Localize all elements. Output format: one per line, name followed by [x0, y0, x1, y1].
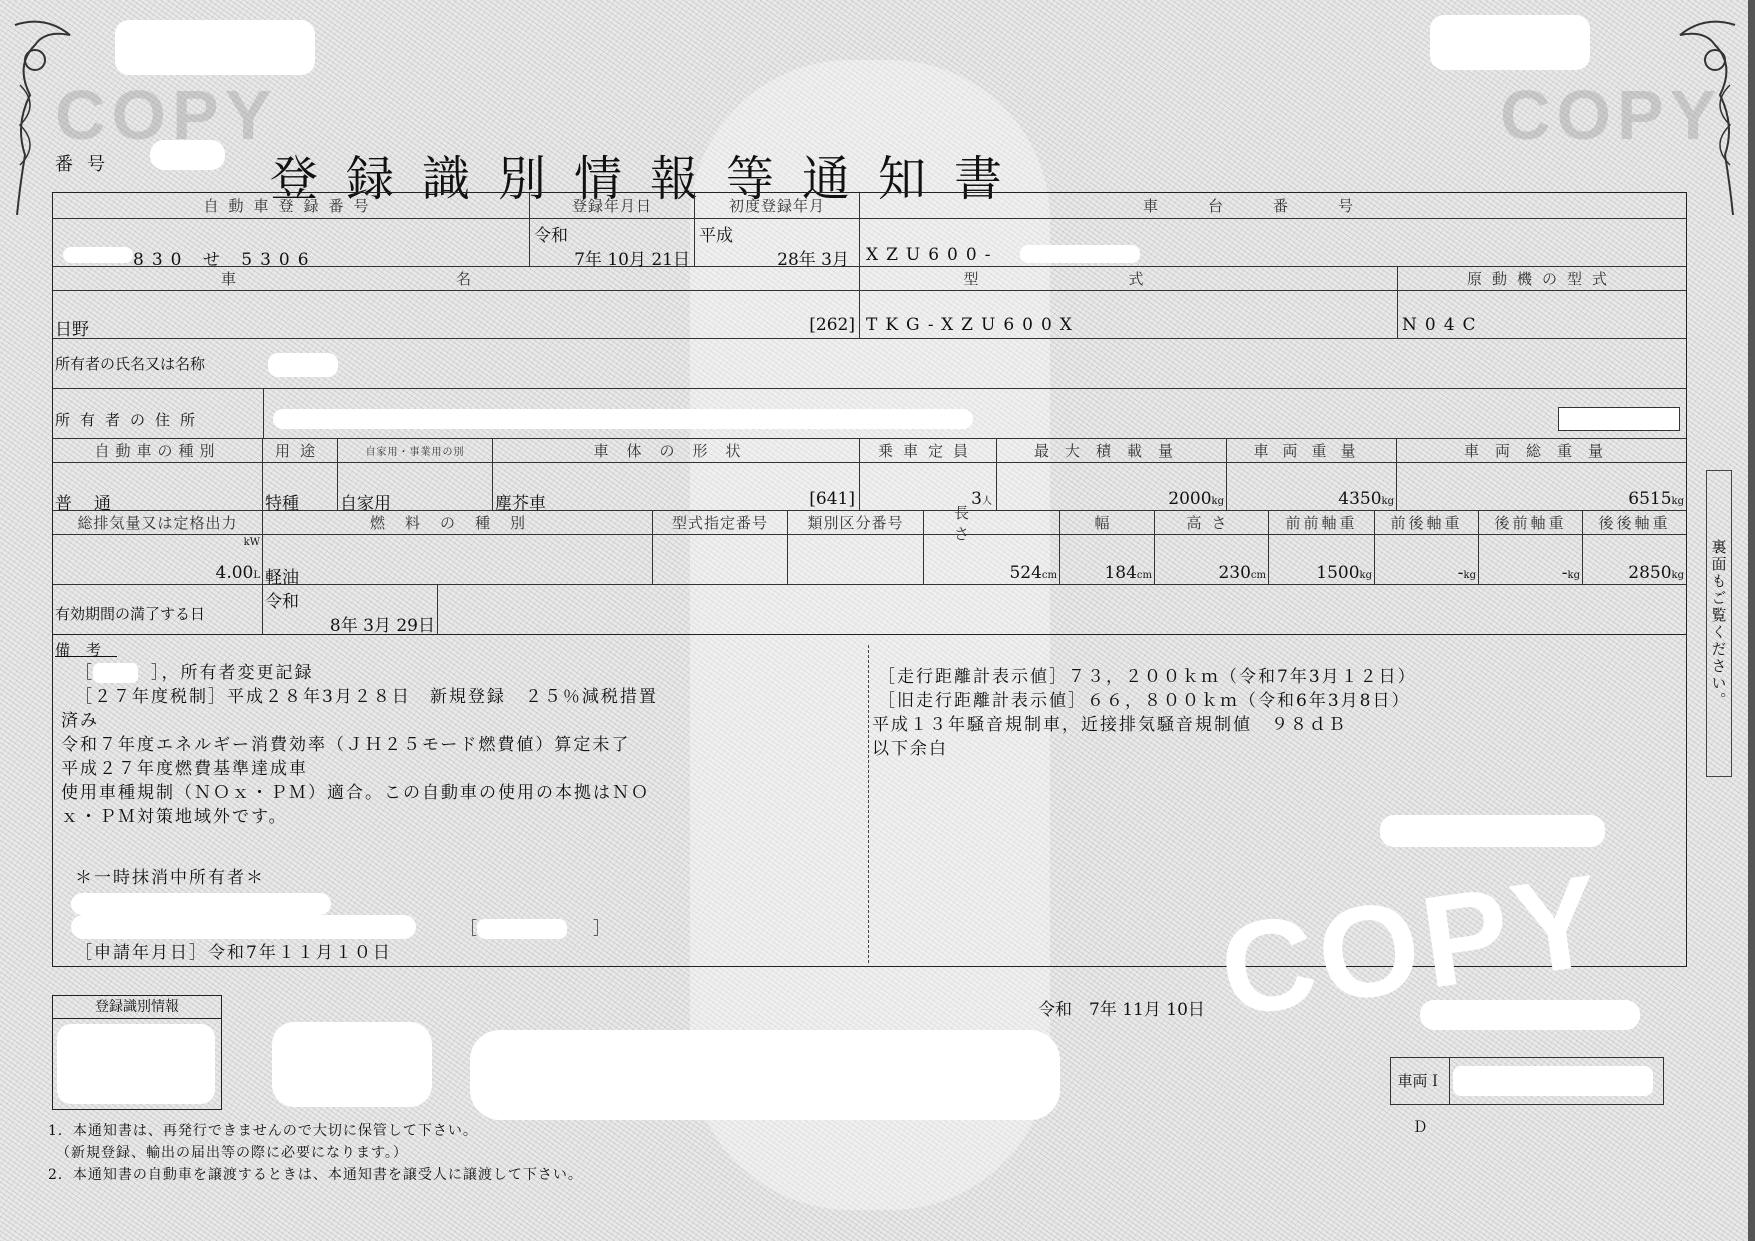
remarks-label: 備考 [55, 639, 117, 660]
displacement-value: 4.00L [216, 563, 261, 583]
first-reg-cell: 平成 28年 3月 [695, 219, 860, 267]
gross-weight-value: 6515kg [1628, 489, 1684, 509]
use-header: 用途 [263, 439, 338, 463]
length-header: 長さ [924, 511, 1060, 535]
type-designation-value [653, 535, 788, 585]
issue-date: 令和 7年 11月 10日 [1038, 995, 1205, 1020]
displacement-header: 総排気量又は定格出力 [53, 511, 263, 535]
fr-axle-value: -kg [1458, 563, 1476, 583]
rr-axle-value: 2850kg [1628, 563, 1684, 583]
type-designation-header: 型式指定番号 [653, 511, 788, 535]
see-reverse-note: 裏面もご覧ください。 [1706, 470, 1732, 777]
redacted-number [150, 140, 225, 170]
fuel-header: 燃料の種別 [263, 511, 653, 535]
model-value: TKG-XZU600X [866, 315, 1080, 335]
owner-name-label: 所有者の氏名又は名称 [55, 353, 205, 374]
owner-address-row: 所有者の住所 [53, 389, 1686, 439]
validity-label: 有効期間の満了する日 [55, 603, 205, 624]
chassis-header: 車台番号 [860, 193, 1686, 219]
vehicle-id-box: 車両ＩＤ [1390, 1057, 1664, 1105]
reg-date-cell: 令和 7年 10月 21日 [530, 219, 695, 267]
vehicle-weight-value: 4350kg [1338, 489, 1394, 509]
vehicle-name-cell: 日野 [262] [53, 291, 860, 339]
page-edge [1748, 0, 1755, 1241]
private-business-header: 自家用・事業用の別 [338, 439, 493, 463]
footer-notes: 1．本通知書は、再発行できませんので大切に保管して下さい。 （新規登録、輸出の届… [48, 1120, 583, 1186]
engine-header: 原動機の型式 [1398, 267, 1686, 291]
width-value: 184cm [1104, 563, 1152, 583]
fr-axle-header: 前後軸重 [1375, 511, 1479, 535]
reg-date-header: 登録年月日 [530, 193, 695, 219]
category-number-header: 類別区分番号 [788, 511, 924, 535]
length-value: 524cm [1009, 563, 1057, 583]
category-number-value [788, 535, 924, 585]
vehicle-name-header: 車名 [53, 267, 860, 291]
remarks-right: ［走行距離計表示値］７３，２００ｋｍ（令和7年3月１２日） ［旧走行距離計表示値… [878, 665, 1417, 761]
gross-weight-header: 車両総重量 [1397, 439, 1686, 463]
vehicle-name-value: 日野 [55, 315, 89, 340]
vehicle-type-header: 自動車の種別 [53, 439, 263, 463]
redacted-code-box [1558, 407, 1680, 431]
validity-era: 令和 [265, 587, 299, 612]
reg-number-cell: 830 せ 5306 [53, 219, 530, 267]
temp-cancel-owner: ＊一時抹消中所有者＊ [75, 866, 265, 890]
validity-value: 8年 3月 29日 [330, 611, 435, 636]
ff-axle-value: 1500kg [1316, 563, 1372, 583]
capacity-header: 乗車定員 [860, 439, 997, 463]
rf-axle-header: 後前軸重 [1479, 511, 1583, 535]
ff-axle-header: 前前軸重 [1269, 511, 1375, 535]
body-shape-code: [641] [809, 489, 855, 509]
chassis-cell: XZU600- [860, 219, 1686, 267]
first-reg-header: 初度登録年月 [695, 193, 860, 219]
max-load-value: 2000kg [1168, 489, 1224, 509]
rf-axle-value: -kg [1562, 563, 1580, 583]
id-info-label: 登録識別情報 [53, 996, 221, 1019]
width-header: 幅 [1060, 511, 1155, 535]
vehicle-id-label: 車両ＩＤ [1391, 1058, 1450, 1104]
height-header: 高さ [1155, 511, 1269, 535]
number-label: 番号 [55, 150, 119, 176]
remarks-divider [868, 645, 869, 963]
chassis-value: XZU600- [866, 245, 998, 265]
registration-table: 自動車登録番号 登録年月日 初度登録年月 車台番号 830 せ 5306 令和 … [52, 192, 1687, 967]
copy-watermark: COPY [1500, 75, 1722, 155]
body-shape-header: 車体の形状 [493, 439, 860, 463]
model-header: 型式 [860, 267, 1398, 291]
engine-cell: N04C [1398, 291, 1686, 339]
vehicle-weight-header: 車両重量 [1227, 439, 1397, 463]
max-load-header: 最大積載量 [997, 439, 1227, 463]
vehicle-name-code: [262] [809, 315, 855, 335]
rr-axle-header: 後後軸重 [1583, 511, 1686, 535]
first-reg-era: 平成 [699, 221, 733, 246]
id-info-box: 登録識別情報 [52, 995, 222, 1110]
engine-value: N04C [1402, 315, 1484, 335]
reg-date-era: 令和 [534, 221, 568, 246]
application-date: ［申請年月日］令和7年１１月１０日 [75, 941, 392, 965]
redacted-area [1430, 15, 1590, 70]
reg-number-header: 自動車登録番号 [53, 193, 530, 219]
owner-name-row: 所有者の氏名又は名称 [53, 339, 1686, 389]
height-value: 230cm [1218, 563, 1266, 583]
owner-address-label: 所有者の住所 [55, 409, 205, 430]
remarks-left: ［ ］，所有者変更記録 ［２７年度税制］平成２８年3月２８日 新規登録 ２５％減… [75, 661, 658, 829]
redacted-area [115, 20, 315, 75]
model-cell: TKG-XZU600X [860, 291, 1398, 339]
